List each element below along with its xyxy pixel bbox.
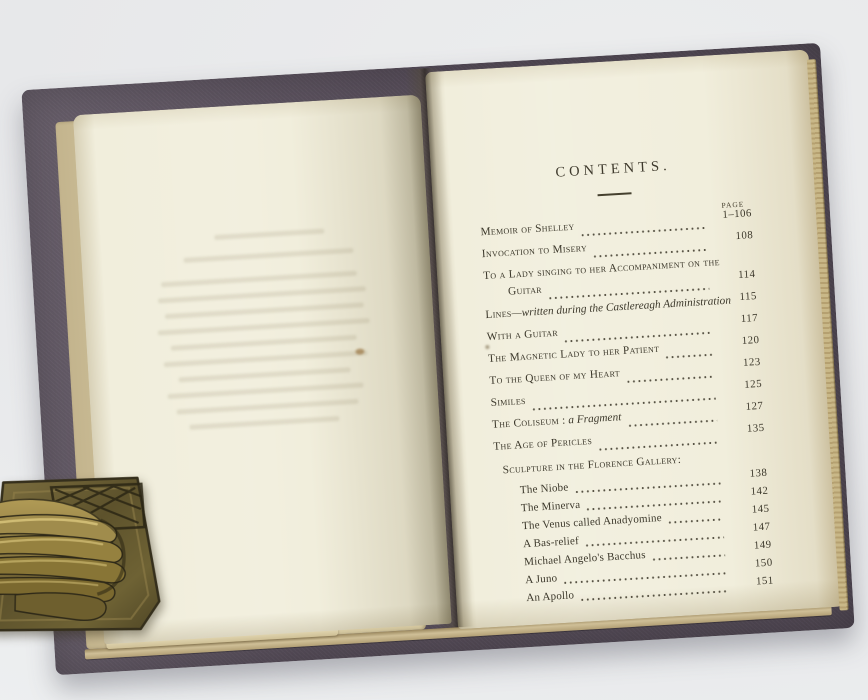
right-page-contents: CONTENTS. PAGE Memoir of Shelley 1–106 I… xyxy=(425,49,841,629)
toc-entry-label: Guitar xyxy=(508,284,542,298)
dot-leader xyxy=(664,340,714,365)
contents-text-block: CONTENTS. PAGE Memoir of Shelley 1–106 I… xyxy=(471,53,775,611)
toc-entry-page-number: 1–106 xyxy=(708,207,753,222)
toc-entry-label: An Apollo xyxy=(526,589,575,604)
brass-hand-page-holder xyxy=(0,472,187,639)
photo-scene: CONTENTS. PAGE Memoir of Shelley 1–106 I… xyxy=(0,0,868,700)
toc-entry-page-number: 120 xyxy=(715,334,760,349)
toc-entry-label: The Niobe xyxy=(520,482,569,497)
toc-entry-page-number: 145 xyxy=(725,503,770,518)
toc-entry-page-number: 147 xyxy=(726,521,771,536)
toc-entry-page-number: 150 xyxy=(728,557,773,572)
toc-entry-page-number: 127 xyxy=(719,400,764,415)
contents-title: CONTENTS. xyxy=(477,153,750,186)
brass-hand-graphic xyxy=(0,472,187,639)
toc-entry-page-number: 138 xyxy=(723,467,768,482)
toc-entry-page-number: 125 xyxy=(718,378,763,393)
toc-entry-page-number: 108 xyxy=(709,229,754,244)
toc-entry-label: A Bas-relief xyxy=(523,535,579,550)
toc-entry-page-number xyxy=(728,260,755,262)
toc-entry-page-number: 149 xyxy=(727,539,772,554)
toc-entry-label: A Juno xyxy=(525,572,558,586)
toc-entry-page-number: 117 xyxy=(714,312,759,327)
toc-entry-page-number: 123 xyxy=(716,356,761,371)
toc-entry-page-number: 114 xyxy=(711,268,756,283)
toc-entry-page-number xyxy=(722,455,766,458)
toc-entry-page-number: 142 xyxy=(724,485,769,500)
toc-entry-page-number: 115 xyxy=(738,290,757,303)
page-show-through-text xyxy=(144,224,406,442)
title-rule xyxy=(598,192,632,196)
toc-entry-page-number: 135 xyxy=(720,422,765,437)
table-of-contents: Memoir of Shelley 1–106 Invocation to Mi… xyxy=(480,210,774,611)
toc-entry-label: The Minerva xyxy=(521,499,581,514)
toc-entry-label: Similes xyxy=(490,395,526,409)
toc-entry-page-number: 151 xyxy=(729,574,774,589)
